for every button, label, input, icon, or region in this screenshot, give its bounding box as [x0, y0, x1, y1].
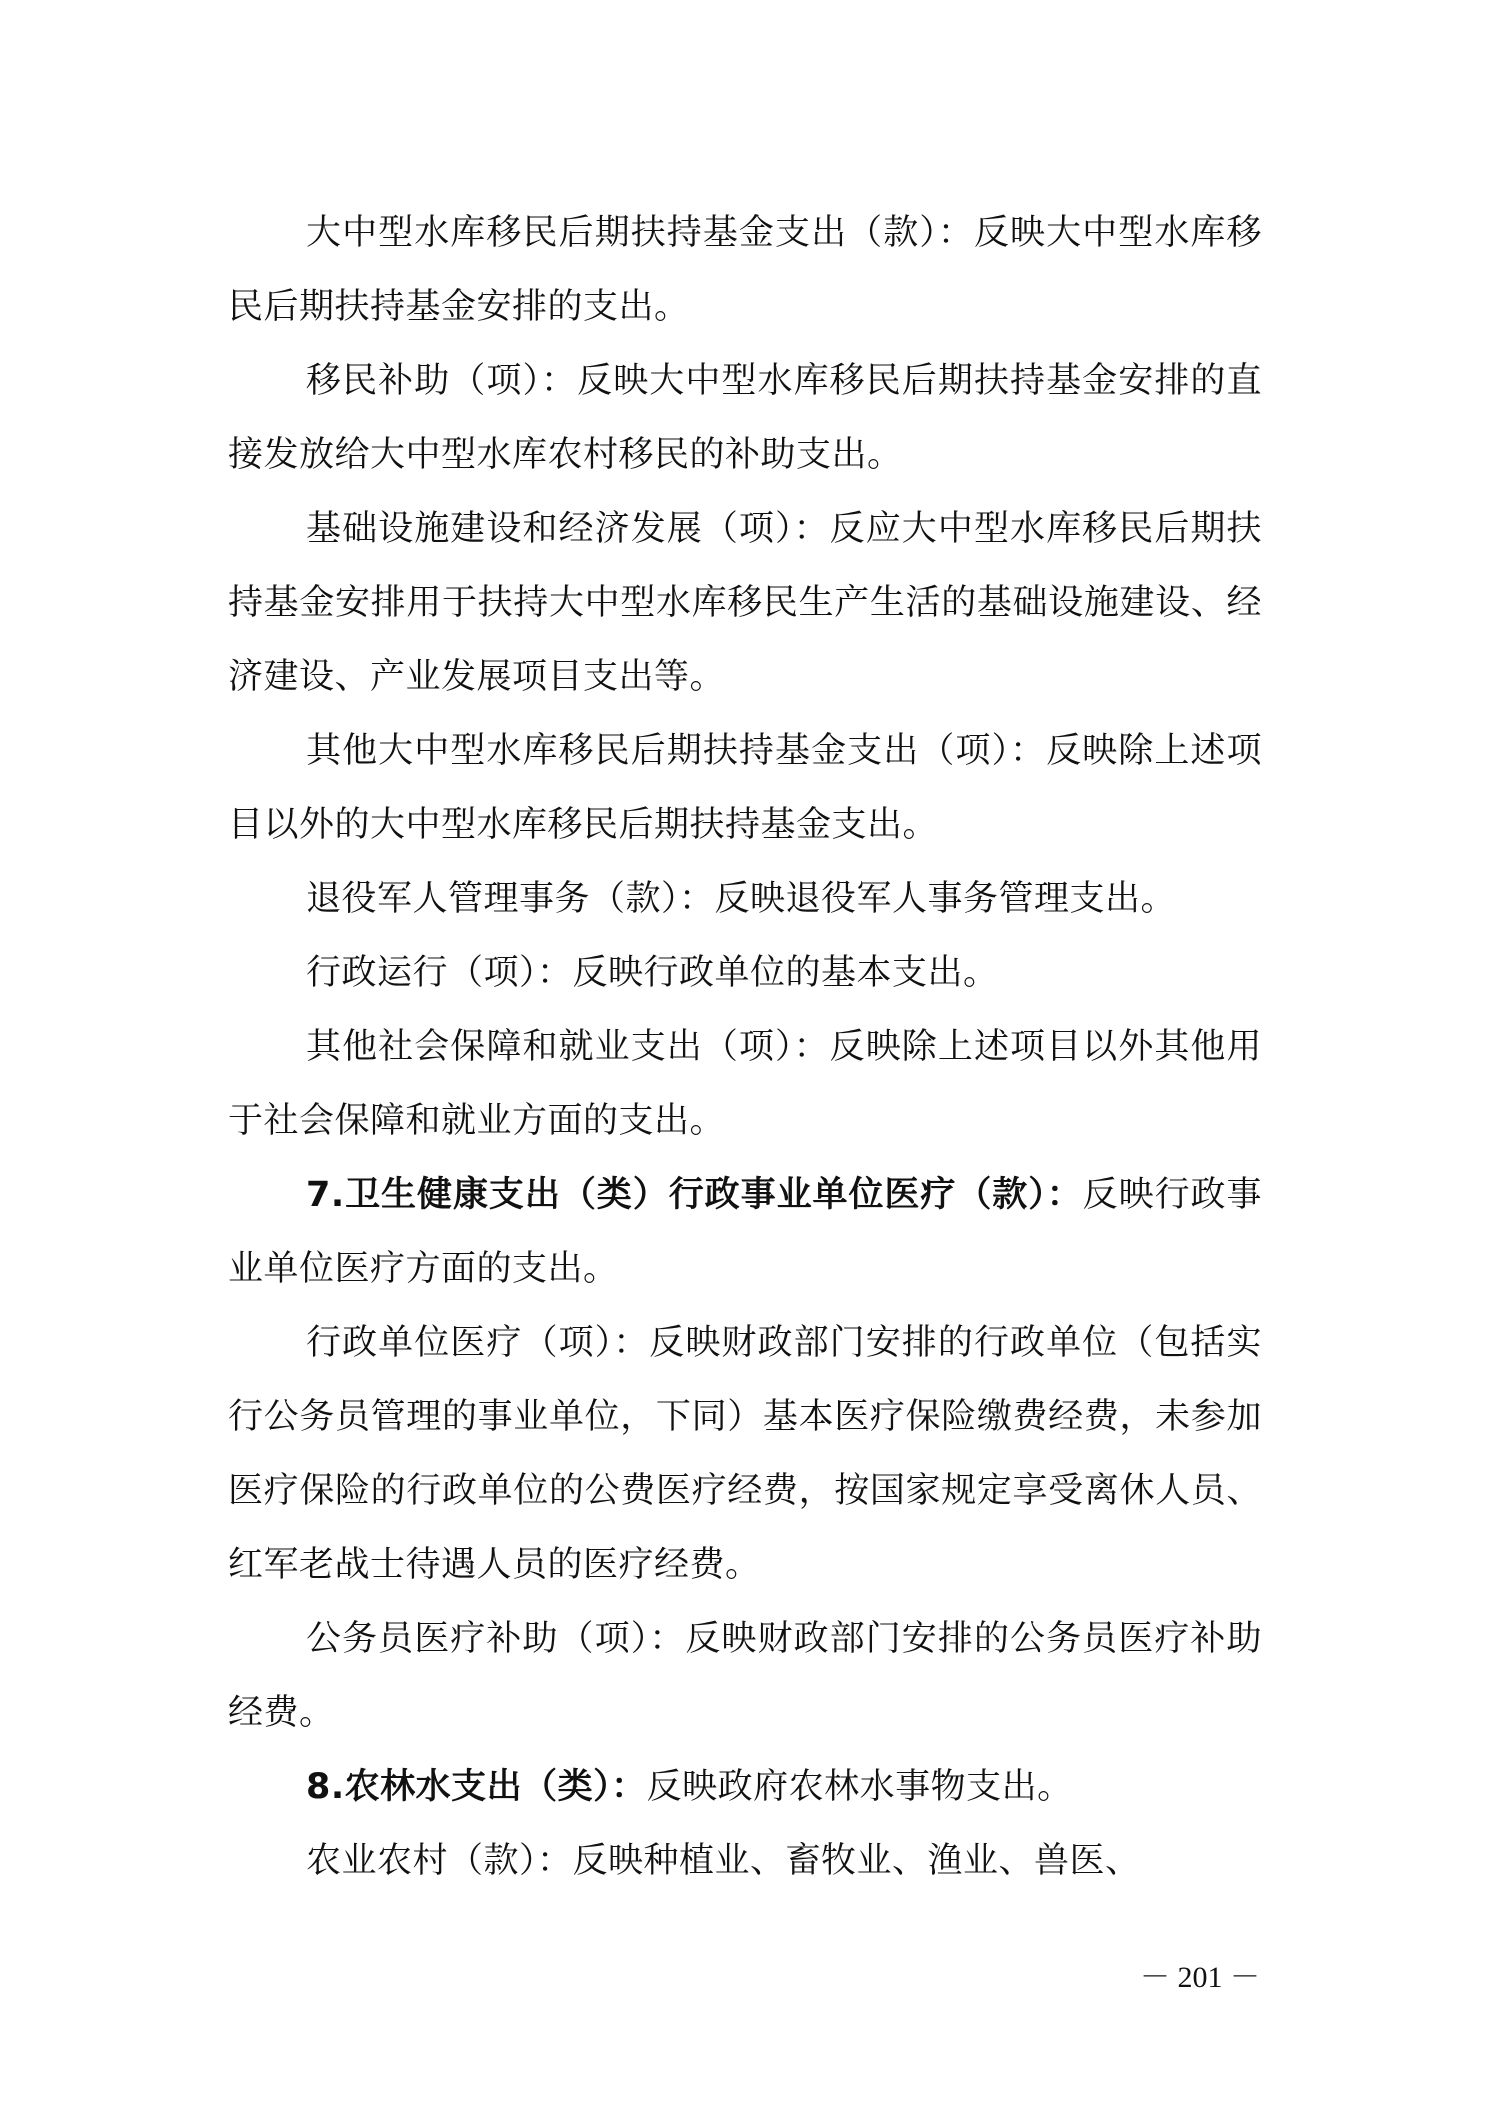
- paragraph-body: 公务员医疗补助（项）：反映财政部门安排的公务员医疗补助经费。: [228, 1619, 1262, 1733]
- paragraph-other-reservoir: 其他大中型水库移民后期扶持基金支出（项）：反映除上述项目以外的大中型水库移民后期…: [228, 714, 1262, 862]
- paragraph-civil-servant-medical: 公务员医疗补助（项）：反映财政部门安排的公务员医疗补助经费。: [228, 1602, 1262, 1750]
- page-number: － 201 －: [1140, 1952, 1260, 1996]
- paragraph-veterans-affairs: 退役军人管理事务（款）：反映退役军人事务管理支出。: [228, 862, 1262, 936]
- paragraph-body: 移民补助（项）：反映大中型水库移民后期扶持基金安排的直接发放给大中型水库农村移民…: [228, 361, 1262, 475]
- paragraph-infrastructure: 基础设施建设和经济发展（项）：反应大中型水库移民后期扶持基金安排用于扶持大中型水…: [228, 492, 1262, 714]
- document-page: 大中型水库移民后期扶持基金支出（款）：反映大中型水库移民后期扶持基金安排的支出。…: [228, 196, 1262, 1898]
- paragraph-admin-operation: 行政运行（项）：反映行政单位的基本支出。: [228, 936, 1262, 1010]
- paragraph-body: 大中型水库移民后期扶持基金支出（款）：反映大中型水库移民后期扶持基金安排的支出。: [228, 213, 1262, 327]
- paragraph-body: 农业农村（款）：反映种植业、畜牧业、渔业、兽医、: [306, 1841, 1141, 1881]
- paragraph-other-social-security: 其他社会保障和就业支出（项）：反映除上述项目以外其他用于社会保障和就业方面的支出…: [228, 1010, 1262, 1158]
- paragraph-body: 其他大中型水库移民后期扶持基金支出（项）：反映除上述项目以外的大中型水库移民后期…: [228, 731, 1262, 845]
- paragraph-health-expenditure: 7.卫生健康支出（类）行政事业单位医疗（款）：反映行政事业单位医疗方面的支出。: [228, 1158, 1262, 1306]
- paragraph-agriculture-expenditure: 8.农林水支出（类）：反映政府农林水事物支出。: [228, 1750, 1262, 1824]
- paragraph-admin-medical: 行政单位医疗（项）：反映财政部门安排的行政单位（包括实行公务员管理的事业单位，下…: [228, 1306, 1262, 1602]
- paragraph-body: 反映政府农林水事物支出。: [647, 1767, 1073, 1807]
- paragraph-reservoir-fund: 大中型水库移民后期扶持基金支出（款）：反映大中型水库移民后期扶持基金安排的支出。: [228, 196, 1262, 344]
- paragraph-agriculture-rural: 农业农村（款）：反映种植业、畜牧业、渔业、兽医、: [228, 1824, 1262, 1898]
- paragraph-body: 基础设施建设和经济发展（项）：反应大中型水库移民后期扶持基金安排用于扶持大中型水…: [228, 509, 1262, 697]
- paragraph-body: 退役军人管理事务（款）：反映退役军人事务管理支出。: [306, 879, 1176, 919]
- paragraph-body: 行政单位医疗（项）：反映财政部门安排的行政单位（包括实行公务员管理的事业单位，下…: [228, 1323, 1262, 1585]
- paragraph-body: 行政运行（项）：反映行政单位的基本支出。: [306, 953, 999, 993]
- section-heading-8: 8.农林水支出（类）：: [306, 1767, 647, 1807]
- section-heading-7: 7.卫生健康支出（类）行政事业单位医疗（款）：: [306, 1175, 1083, 1215]
- paragraph-migrant-subsidy: 移民补助（项）：反映大中型水库移民后期扶持基金安排的直接发放给大中型水库农村移民…: [228, 344, 1262, 492]
- paragraph-body: 其他社会保障和就业支出（项）：反映除上述项目以外其他用于社会保障和就业方面的支出…: [228, 1027, 1262, 1141]
